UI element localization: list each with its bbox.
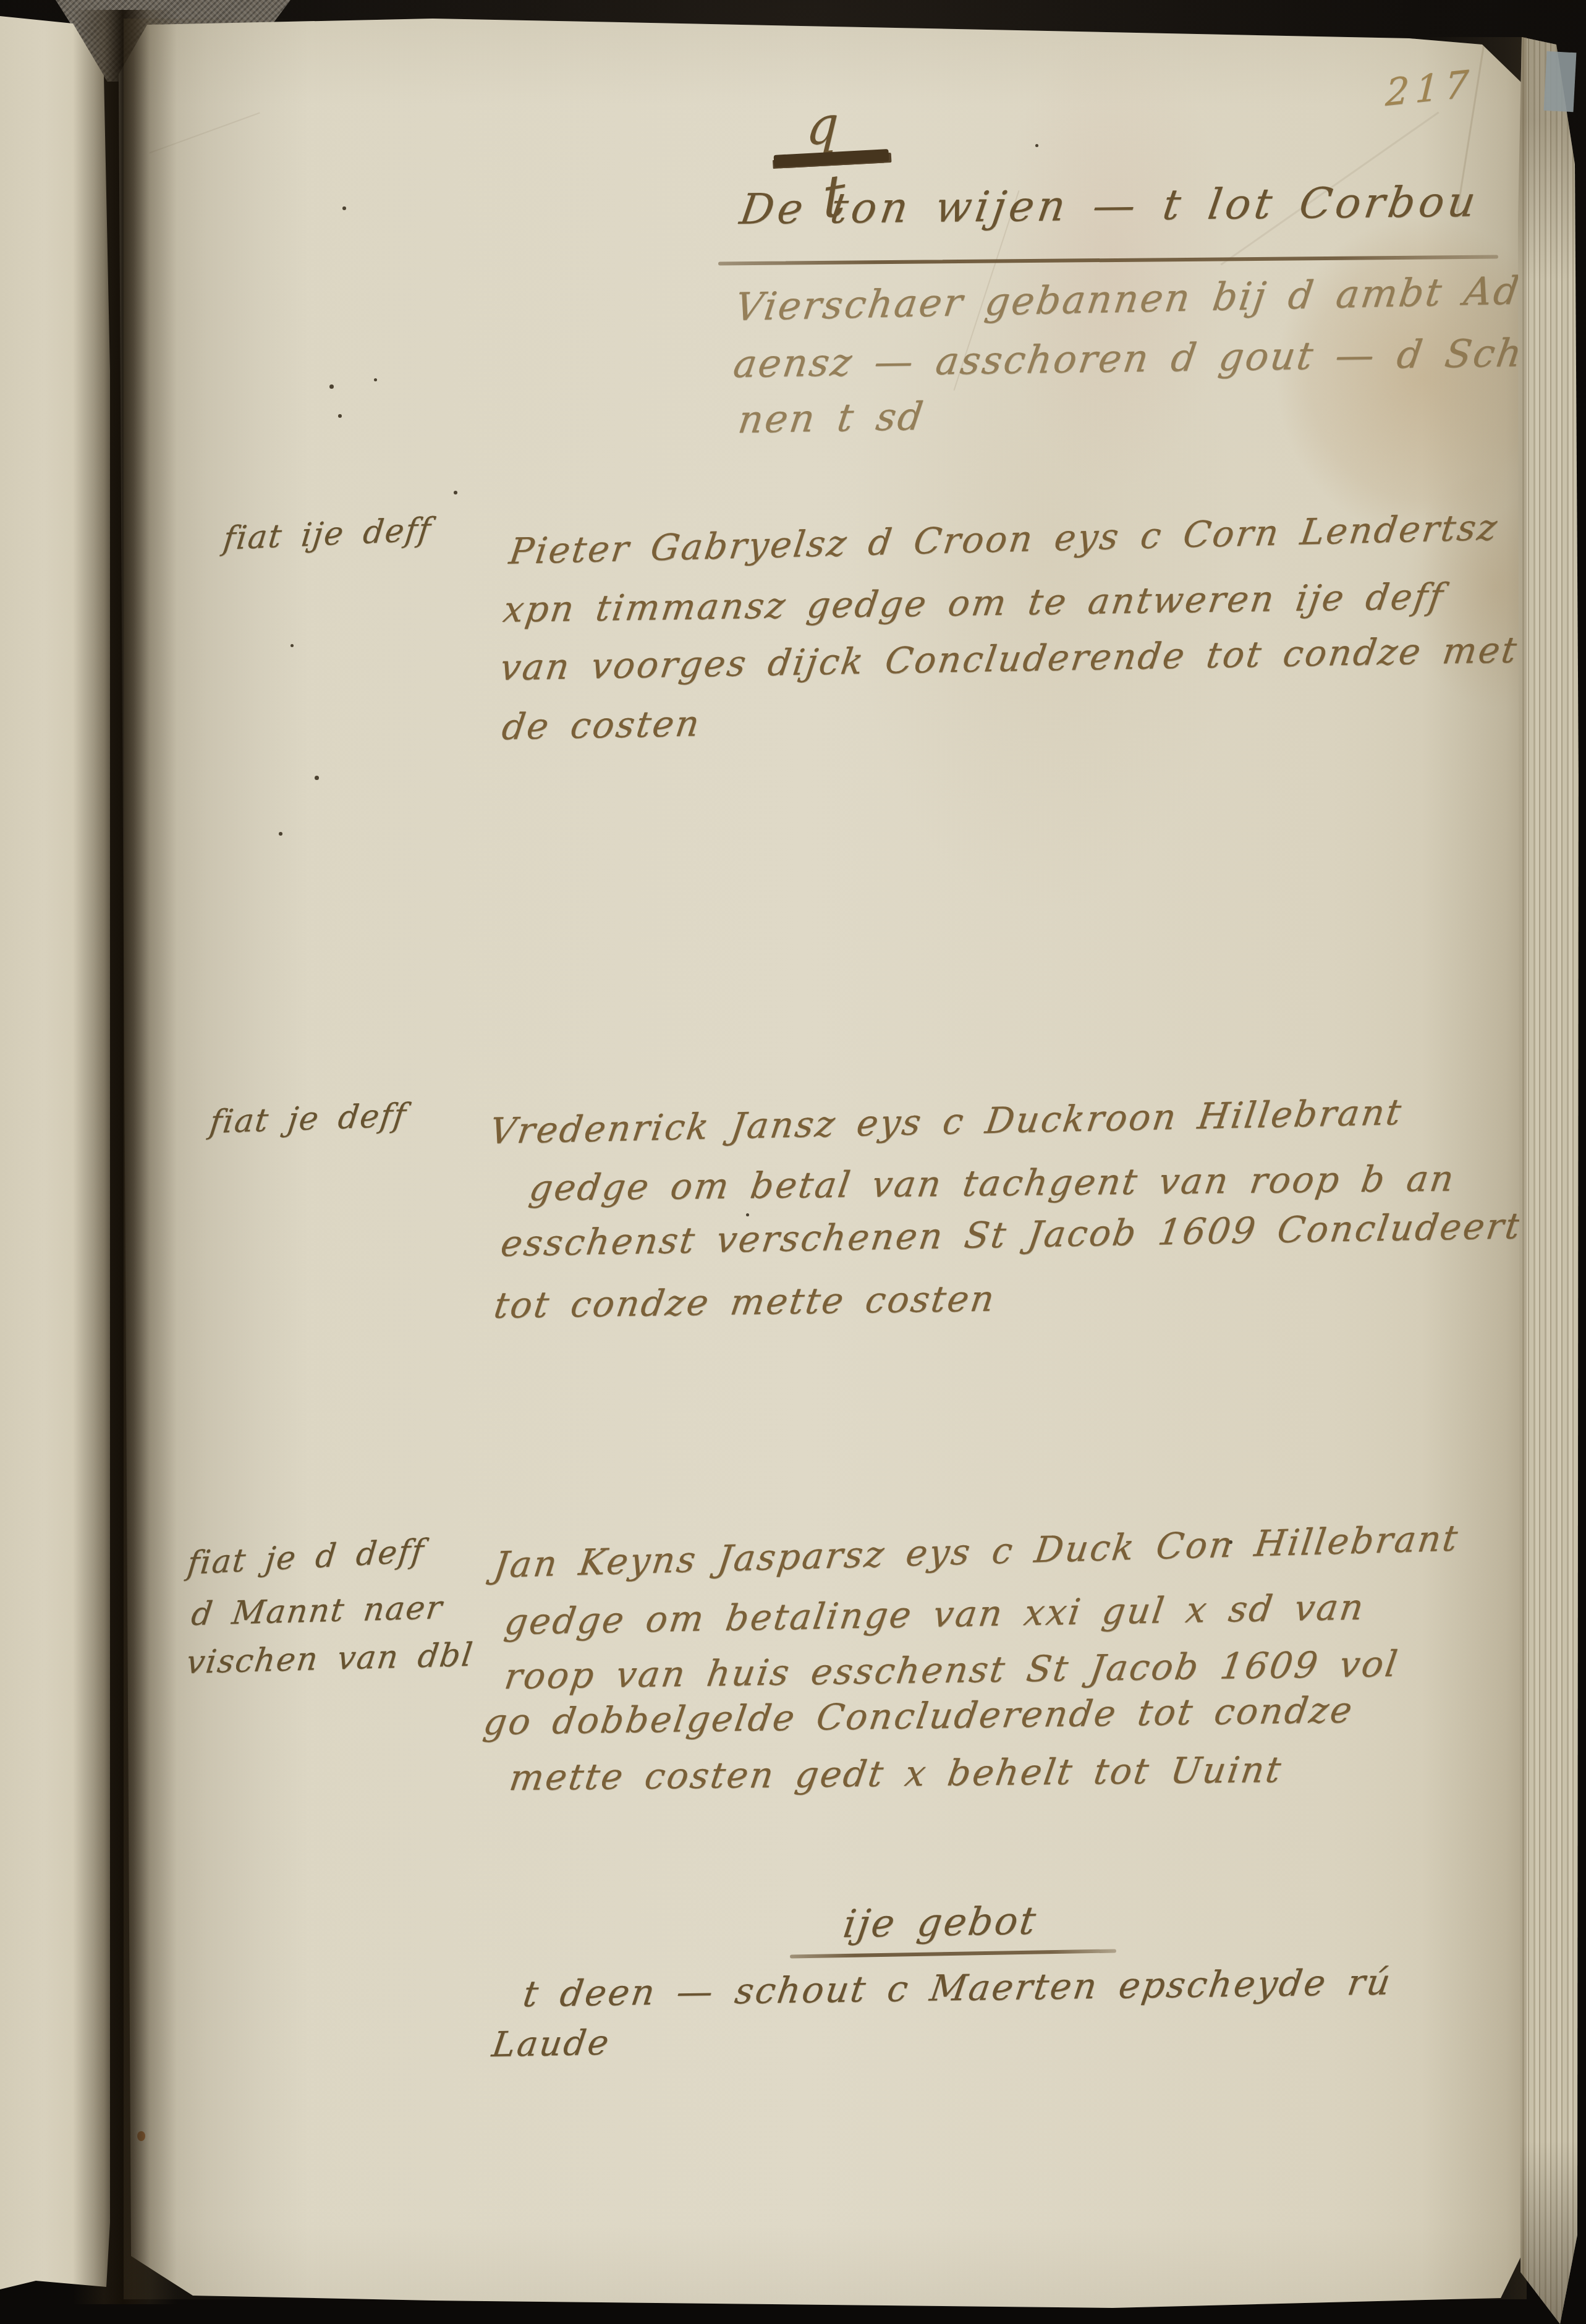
record-line: xpn timmansz gedge om te antweren ije de… [501,575,1447,630]
ink-speck [329,384,334,389]
record-line: mette costen gedt x behelt tot Uuint [507,1749,1286,1799]
margin-note: vischen van dbl [184,1637,475,1681]
case-heading: De ton wijen — t lot Corbou [737,177,1482,234]
margin-note: fiat je d deff [185,1532,426,1582]
margin-note: fiat je deff [208,1097,409,1141]
ink-speck [342,206,346,210]
record-line: van voorges dijck Concluderende tot cond… [498,629,1521,689]
record-line: go dobbelgelde Concluderende tot condze [481,1689,1357,1743]
photograph-background: 217 q t De ton wijen — t lot Corbou Vier… [0,0,1586,2324]
record-line: gedge om betal van tachgent van roop b a… [527,1157,1458,1209]
ink-speck [1035,144,1038,147]
record-line: roop van huis esschenst St Jacob 1609 vo… [502,1643,1402,1697]
paragraph-mark-top: q [805,95,842,158]
session-note-line: Vierschaer gebannen bij d ambt Adri [732,267,1558,329]
session-note-line: nen t sd [736,394,928,442]
ink-speck [374,378,377,381]
record-line: Pieter Gabryelsz d Croon eys c Corn Lend… [507,506,1501,572]
facing-page-edge [0,0,110,2324]
ink-speck [315,776,319,780]
session-note-line: aensz — asschoren d gout — d Schepe [731,329,1586,386]
record-line: gedge om betalinge van xxi gul x sd van [502,1586,1368,1643]
record-line: Vredenrick Jansz eys c Duckroon Hillebra… [487,1091,1406,1152]
folio-number: 217 [1385,62,1475,115]
ink-speck [454,491,457,494]
record-line: tot condze mette costen [491,1278,999,1326]
margin-note: d Mannt naer [189,1589,445,1633]
ink-speck [290,644,294,647]
ink-speck [338,414,342,418]
record-line: Jan Keyns Jasparsz eys c Duck Con Hilleb… [491,1517,1462,1586]
corner-blue-patch [1544,51,1577,112]
record-line: esschenst verschenen St Jacob 1609 Concl… [498,1205,1525,1265]
footer-line: t deen — schout c Maerten epscheyde rú [520,1961,1395,2015]
page-fore-edge [1518,35,1579,2324]
rust-spot [137,2131,145,2141]
ink-speck [746,1213,749,1216]
top-left-crease [149,112,260,154]
footer-line: Laude [490,2023,613,2065]
heading-rule [718,255,1498,265]
ink-speck [279,832,282,836]
rust-spot [115,2135,120,2141]
margin-note: fiat ije deff [221,511,433,558]
footer-underline [790,1949,1116,1958]
footer-heading: ije gebot [841,1898,1040,1946]
record-line: de costen [499,702,704,748]
manuscript-page: 217 q t De ton wijen — t lot Corbou Vier… [0,0,1586,2324]
